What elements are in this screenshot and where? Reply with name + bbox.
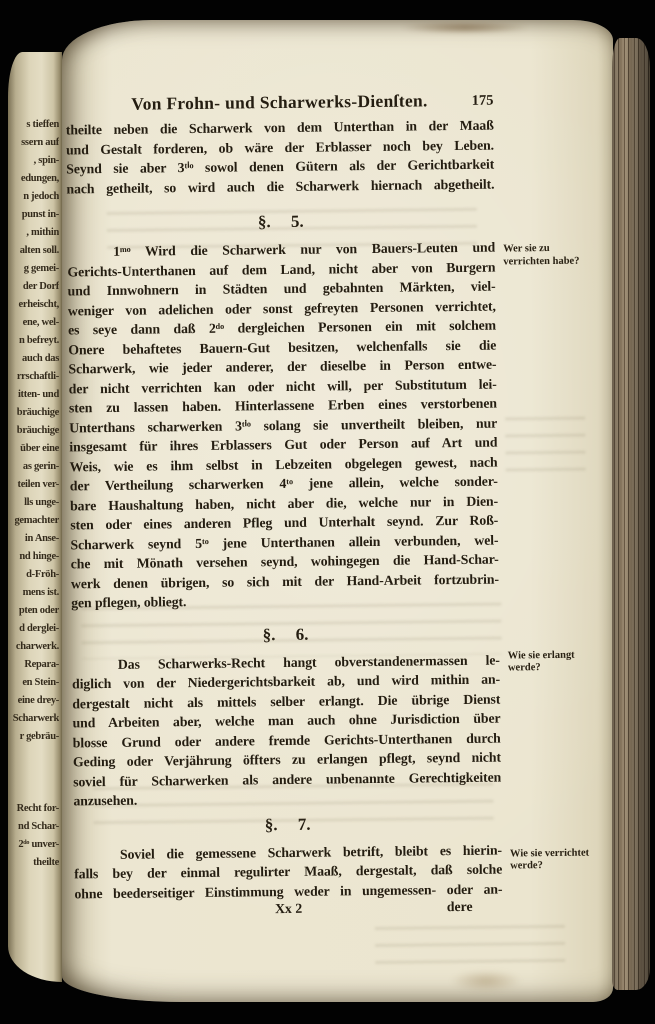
left-page-edge: s tieffen ssern auf , spin- edungen, n j… — [8, 52, 62, 982]
left-page-fragment-line: charwerk. — [8, 638, 59, 656]
text-line: nach getheilt, so wird auch die Scharwer… — [66, 174, 494, 198]
right-page: Von Frohn- und Scharwerks-Dienſten. 175 … — [62, 20, 613, 1002]
left-page-fragment-line: nd Schar- — [8, 818, 59, 836]
section-5-paragraph: 1ᵐᵒ Wird die Scharwerk nur von Bauers-Le… — [67, 238, 499, 613]
left-page-fragment-line: Repara- — [8, 656, 59, 674]
section-7-heading: §. 7. — [74, 810, 502, 839]
left-page-fragment-line: mens ist. — [8, 584, 59, 602]
left-page-fragment-line: auch das — [8, 350, 59, 368]
left-page-fragment-line: nd hinge- — [8, 548, 59, 566]
page-footer: Xx 2 dere — [75, 899, 503, 924]
left-page-fragment-line: eine drey- — [8, 692, 59, 710]
page-bottom-stain — [450, 970, 522, 992]
fore-edge-page-stack — [612, 38, 650, 990]
left-page-fragment-line: n befreyt. — [8, 332, 59, 350]
left-page-fragment-line: s tieffen — [8, 116, 59, 134]
signature-mark: Xx 2 — [75, 899, 503, 920]
margin-note-section-5: Wer sie zu verrichten habe? — [503, 243, 589, 269]
intro-paragraph: theilte neben die Scharwerk von dem Unte… — [66, 116, 495, 199]
left-page-fragment-line: erheischt, — [8, 296, 59, 314]
left-page-fragment-line: punst in- — [8, 206, 59, 224]
catchword: dere — [447, 899, 473, 915]
margin-note-section-7: Wie sie verrichtet werde? — [510, 847, 596, 873]
left-page-fragment-line: der Dorf — [8, 278, 59, 296]
left-page-fragment-line — [8, 782, 59, 800]
section-5-heading: §. 5. — [67, 208, 495, 237]
left-page-fragment-line: bräuchige — [8, 404, 59, 422]
left-page-fragment-line: , mithin — [8, 224, 59, 242]
section-6-lines: Das Scharwerks-Recht hangt obverstandene… — [72, 650, 502, 811]
page-content: Von Frohn- und Scharwerks-Dienſten. 175 … — [65, 20, 503, 923]
left-page-fragment-line: lls unge- — [8, 494, 59, 512]
section-7-lines: Soviel die gemessene Scharwerk betrift, … — [74, 840, 503, 903]
left-page-fragment-line: , spin- — [8, 152, 59, 170]
left-page-fragment-line: theilte — [8, 854, 59, 872]
left-page-fragment-line: Scharwerk — [8, 710, 59, 728]
section-6-paragraph: Das Scharwerks-Recht hangt obverstandene… — [72, 650, 502, 811]
bleed-through-ghost — [375, 925, 565, 965]
left-page-fragment-line: über eine — [8, 440, 59, 458]
left-page-fragment-line: alten soll. — [8, 242, 59, 260]
left-page-fragment-line: edungen, — [8, 170, 59, 188]
left-page-fragment-line: bräuchige — [8, 422, 59, 440]
left-page-fragment-line: d derglei- — [8, 620, 59, 638]
left-page-fragment-line: gemachter — [8, 512, 59, 530]
section-7-paragraph: Soviel die gemessene Scharwerk betrift, … — [74, 840, 503, 903]
left-page-fragment-line: g gemei- — [8, 260, 59, 278]
left-page-fragment-line: in Anse- — [8, 530, 59, 548]
left-page-fragment-line: n jedoch — [8, 188, 59, 206]
left-page-fragment-line: as gerin- — [8, 458, 59, 476]
left-page-fragment-line: ssern auf — [8, 134, 59, 152]
text-line: gen pflegen, obliegt. — [71, 589, 499, 613]
left-page-fragment-line — [8, 746, 59, 764]
left-page-fragment-line: pten oder — [8, 602, 59, 620]
left-page-fragment-line: teilen ver- — [8, 476, 59, 494]
left-page-fragment-line: Recht for- — [8, 800, 59, 818]
section-5-lines: 1ᵐᵒ Wird die Scharwerk nur von Bauers-Le… — [67, 238, 499, 613]
left-page-fragment-line: itten- und — [8, 386, 59, 404]
page-number: 175 — [472, 93, 494, 110]
margin-note-section-6: Wie sie erlangt werde? — [508, 649, 594, 675]
left-page-fragment-line: ene, wel- — [8, 314, 59, 332]
left-page-text-fragments: s tieffen ssern auf , spin- edungen, n j… — [8, 52, 62, 872]
left-page-fragment-line — [8, 764, 59, 782]
left-page-fragment-line: en Stein- — [8, 674, 59, 692]
intro-paragraph-lines: theilte neben die Scharwerk von dem Unte… — [66, 116, 495, 199]
book-scan: s tieffen ssern auf , spin- edungen, n j… — [0, 0, 655, 1024]
section-6-heading: §. 6. — [71, 620, 499, 649]
left-page-fragment-line: d-Fröh- — [8, 566, 59, 584]
bleed-through-ghost — [505, 417, 586, 476]
left-page-fragment-line: 2ᵈᵒ unver- — [8, 836, 59, 854]
left-page-fragment-line: rrschaftli- — [8, 368, 59, 386]
running-title: Von Frohn- und Scharwerks-Dienſten. — [65, 90, 493, 116]
left-page-fragment-line: r gebräu- — [8, 728, 59, 746]
